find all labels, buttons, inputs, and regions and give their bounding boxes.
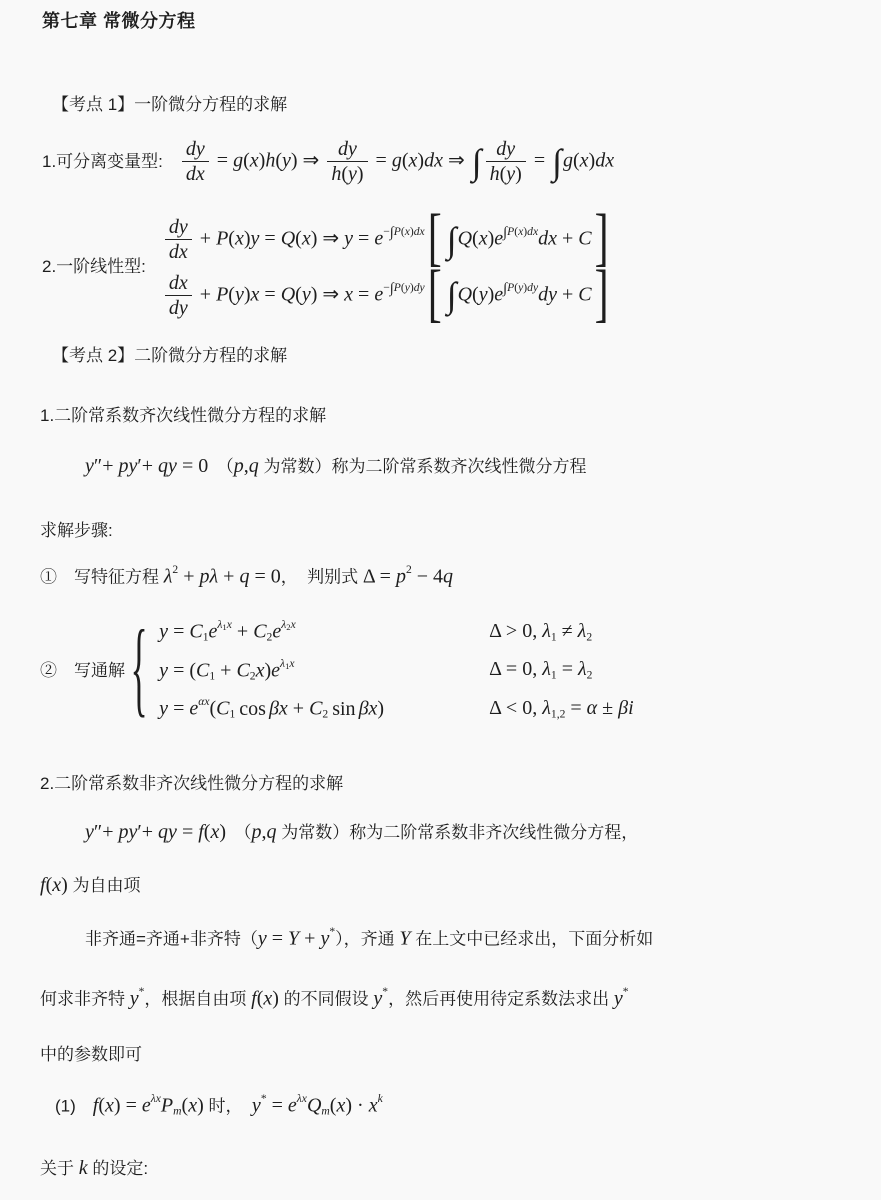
case-cond-3: Δ < 0, λ1,2 = α ± βi [489, 696, 634, 721]
separable-line: 1.可分离变量型: dydx = g(x)h(y) ⇒ dyh(y) = g(x… [42, 138, 614, 186]
keypoint-2-heading: 【考点 2】二阶微分方程的求解 [52, 344, 287, 369]
linear-formula-y: dxdy + P(y)x = Q(y) ⇒ x = e−∫P(y)dy[∫Q(y… [162, 272, 612, 320]
cases-prefix: ② 写通解 [40, 658, 125, 682]
linear-label: 2.一阶线性型: [42, 255, 146, 280]
linear-formulas: dydx + P(x)y = Q(x) ⇒ y = e−∫P(x)dx[∫Q(x… [162, 216, 612, 320]
homogeneous-section-heading: 1.二阶常系数齐次线性微分方程的求解 [40, 404, 326, 429]
k-setting-line: 关于 k 的设定: [40, 1156, 148, 1180]
paragraph-line-2: 何求非齐特 y*，根据自由项 f(x) 的不同假设 y*，然后再使用待定系数法求… [40, 985, 629, 1010]
separable-label: 1.可分离变量型: [42, 150, 163, 175]
case-row-2: y = (C1 + C2x)eλ1x [159, 657, 489, 684]
document-page: 第七章 常微分方程 【考点 1】一阶微分方程的求解 1.可分离变量型: dydx… [0, 0, 881, 1200]
chapter-title: 第七章 常微分方程 [42, 8, 196, 34]
case-cond-2: Δ = 0, λ1 = λ2 [489, 657, 634, 682]
cases-left-brace: { [131, 616, 148, 723]
step-1-characteristic-equation: ① 写特征方程 λ2 + pλ + q = 0， 判别式 Δ = p2 − 4q [40, 563, 453, 588]
paragraph-line-1: 非齐通=齐通+非齐特（y = Y + y*），齐通 Y 在上文中已经求出，下面分… [85, 925, 653, 950]
linear-line: 2.一阶线性型: dydx + P(x)y = Q(x) ⇒ y = e−∫P(… [42, 216, 612, 320]
case-row-1: y = C1eλ1x + C2eλ2x [159, 618, 489, 645]
linear-formula-x: dydx + P(x)y = Q(x) ⇒ y = e−∫P(x)dx[∫Q(x… [162, 216, 612, 264]
paragraph-line-3: 中的参数即可 [40, 1043, 142, 1068]
nonhomogeneous-definition: y″+ py′+ qy = f(x) （p,q 为常数）称为二阶常系数非齐次线性… [85, 820, 638, 844]
homogeneous-definition: y″+ py′+ qy = 0 （p,q 为常数）称为二阶常系数齐次线性微分方程 [85, 454, 586, 478]
assumption-case-1: (1) f(x) = eλxPm(x) 时， y* = eλxQm(x) · x… [55, 1092, 383, 1119]
steps-label: 求解步骤: [40, 519, 113, 544]
step-2-general-solution: ② 写通解 { y = C1eλ1x + C2eλ2x Δ > 0, λ1 ≠ … [40, 618, 634, 722]
case-cond-1: Δ > 0, λ1 ≠ λ2 [489, 619, 634, 644]
cases-grid: y = C1eλ1x + C2eλ2x Δ > 0, λ1 ≠ λ2 y = (… [159, 618, 634, 722]
nonhomogeneous-section-heading: 2.二阶常系数非齐次线性微分方程的求解 [40, 772, 343, 797]
free-term-line: f(x) 为自由项 [40, 873, 141, 897]
case-row-3: y = eαx(C1cosβx + C2sinβx) [159, 695, 489, 722]
separable-formula: dydx = g(x)h(y) ⇒ dyh(y) = g(x)dx ⇒ ∫dyh… [179, 138, 614, 186]
keypoint-1-heading: 【考点 1】一阶微分方程的求解 [52, 93, 287, 118]
